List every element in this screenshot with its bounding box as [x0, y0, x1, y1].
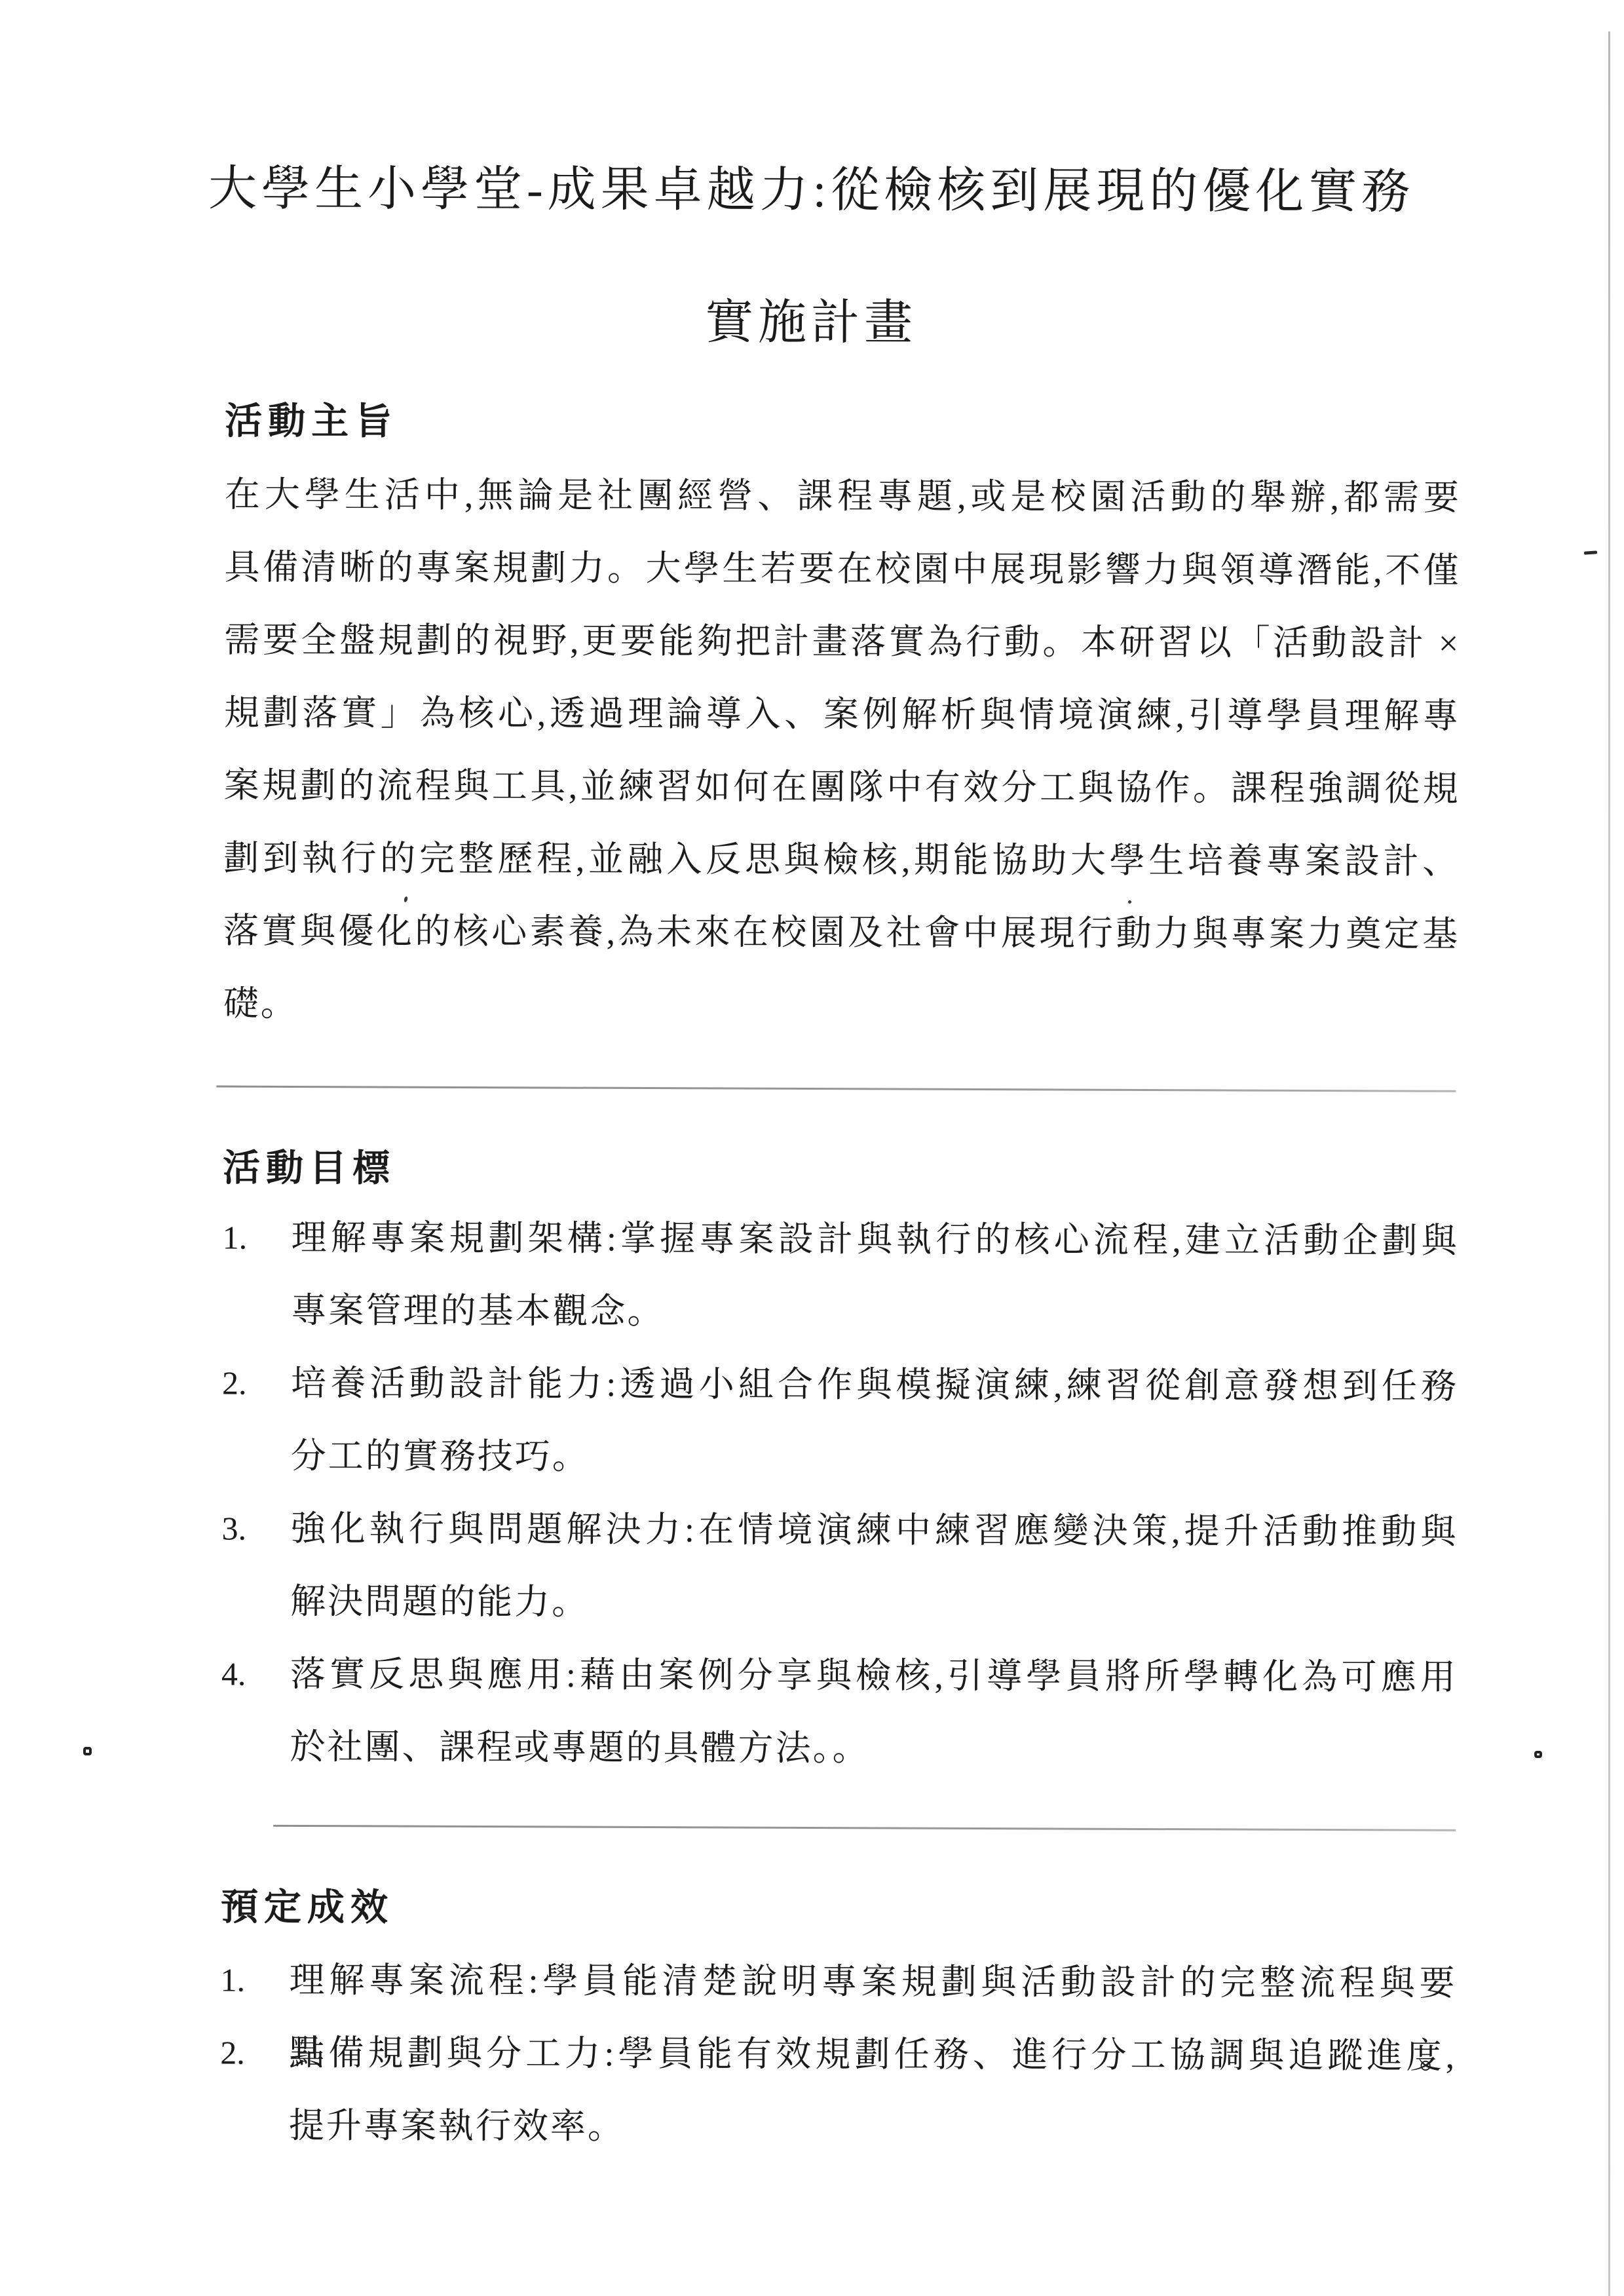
text-line: 具備規劃與分工力:學員能有效規劃任務、進行分工協調與追蹤進度, — [289, 2017, 1456, 2093]
text-line: 劃到執行的完整歷程,並融入反思與檢核,期能協助大學生培養專案設計、 — [223, 822, 1460, 898]
scan-edge-line — [1608, 31, 1610, 2296]
section-paragraph: 在大學生活中,無論是社團經營、課程專題,或是校園活動的舉辦,都需要具備清晰的專案… — [223, 459, 1461, 1044]
list-item: 1.理解專案流程:學員能清楚說明專案規劃與活動設計的完整流程與要點。 — [220, 1944, 1456, 2020]
text-line: 具備清晰的專案規劃力。大學生若要在校園中展現影響力與領導潛能,不僅 — [224, 531, 1460, 607]
text-line: 需要全盤規劃的視野,更要能夠把計畫落實為行動。本研習以「活動設計 × — [224, 604, 1460, 680]
scan-artifact-speck — [1128, 900, 1131, 904]
list-item-number: 2. — [222, 1347, 291, 1420]
list-item-lines: 強化執行與問題解決力:在情境演練中練習應變決策,提升活動推動與解決問題的能力。 — [290, 1493, 1458, 1641]
list-item-number: 2. — [220, 2017, 289, 2090]
list-item-lines: 落實反思與應用:藉由案例分享與檢核,引導學員將所學轉化為可應用於社團、課程或專題… — [290, 1638, 1458, 1787]
text-line: 提升專案執行效率。 — [289, 2090, 1456, 2166]
text-line: 案規劃的流程與工具,並練習如何在團隊中有效分工與協作。課程強調從規 — [223, 750, 1460, 826]
list-item-number: 4. — [221, 1638, 290, 1711]
list-item-lines: 具備規劃與分工力:學員能有效規劃任務、進行分工協調與追蹤進度,提升專案執行效率。 — [289, 2017, 1457, 2166]
text-line: 於社團、課程或專題的具體方法。。 — [290, 1711, 1457, 1787]
text-line: 落實反思與應用:藉由案例分享與檢核,引導學員將所學轉化為可應用 — [290, 1638, 1458, 1714]
list-item: 4.落實反思與應用:藉由案例分享與檢核,引導學員將所學轉化為可應用於社團、課程或… — [221, 1638, 1458, 1787]
list-item: 3.強化執行與問題解決力:在情境演練中練習應變決策,提升活動推動與解決問題的能力… — [221, 1493, 1458, 1641]
scanned-page: 大學生小學堂-成果卓越力:從檢核到展現的優化實務 實施計畫 活動主旨在大學生活中… — [0, 0, 1624, 2296]
section-heading: 活動主旨 — [225, 398, 398, 446]
list-item-lines: 理解專案規劃架構:掌握專案設計與執行的核心流程,建立活動企劃與專案管理的基本觀念… — [291, 1202, 1459, 1350]
text-line: 解決問題的能力。 — [290, 1565, 1458, 1641]
list-item: 1.理解專案規劃架構:掌握專案設計與執行的核心流程,建立活動企劃與專案管理的基本… — [222, 1202, 1459, 1350]
scan-artifact-ring — [1534, 1751, 1542, 1758]
text-line: 規劃落實」為核心,透過理論導入、案例解析與情境演練,引導學員理解專 — [224, 677, 1460, 753]
section-list: 1.理解專案規劃架構:掌握專案設計與執行的核心流程,建立活動企劃與專案管理的基本… — [221, 1202, 1458, 1787]
section-divider — [273, 1825, 1456, 1831]
text-line: 在大學生活中,無論是社團經營、課程專題,或是校園活動的舉辦,都需要 — [225, 459, 1461, 535]
text-line: 理解專案流程:學員能清楚說明專案規劃與活動設計的完整流程與要點。 — [289, 1944, 1456, 2020]
text-line: 礎。 — [223, 968, 1460, 1044]
document-body: 活動主旨在大學生活中,無論是社團經營、課程專題,或是校園活動的舉辦,都需要具備清… — [0, 0, 1624, 4]
list-item: 2.具備規劃與分工力:學員能有效規劃任務、進行分工協調與追蹤進度,提升專案執行效… — [220, 2017, 1457, 2166]
section-heading: 預定成效 — [221, 1885, 394, 1932]
list-item-lines: 培養活動設計能力:透過小組合作與模擬演練,練習從創意發想到任務分工的實務技巧。 — [291, 1347, 1459, 1496]
list-item-number: 1. — [223, 1202, 292, 1274]
document-title-line-2: 實施計畫 — [0, 292, 1623, 355]
text-line: 培養活動設計能力:透過小組合作與模擬演練,練習從創意發想到任務 — [291, 1347, 1458, 1423]
list-item-lines: 理解專案流程:學員能清楚說明專案規劃與活動設計的完整流程與要點。 — [289, 1944, 1456, 2020]
list-item: 2.培養活動設計能力:透過小組合作與模擬演練,練習從創意發想到任務分工的實務技巧… — [222, 1347, 1459, 1496]
list-item-number: 3. — [221, 1493, 290, 1565]
text-line: 分工的實務技巧。 — [291, 1420, 1458, 1496]
list-item-number: 1. — [220, 1944, 289, 2017]
scan-artifact-ring — [83, 1747, 92, 1755]
text-line: 專案管理的基本觀念。 — [291, 1274, 1458, 1350]
section-divider — [216, 1086, 1456, 1092]
text-line: 理解專案規劃架構:掌握專案設計與執行的核心流程,建立活動企劃與 — [292, 1202, 1459, 1278]
text-line: 落實與優化的核心素養,為未來在校園及社會中展現行動力與專案力奠定基 — [223, 895, 1460, 971]
section-heading: 活動目標 — [223, 1145, 396, 1193]
section-list: 1.理解專案流程:學員能清楚說明專案規劃與活動設計的完整流程與要點。2.具備規劃… — [220, 1944, 1457, 2166]
page: { "document": { "title_lines": [ "大學生小學堂… — [0, 0, 1624, 2296]
text-line: 強化執行與問題解決力:在情境演練中練習應變決策,提升活動推動與 — [290, 1493, 1458, 1569]
document-title-line-1: 大學生小學堂-成果卓越力:從檢核到展現的優化實務 — [0, 159, 1623, 223]
